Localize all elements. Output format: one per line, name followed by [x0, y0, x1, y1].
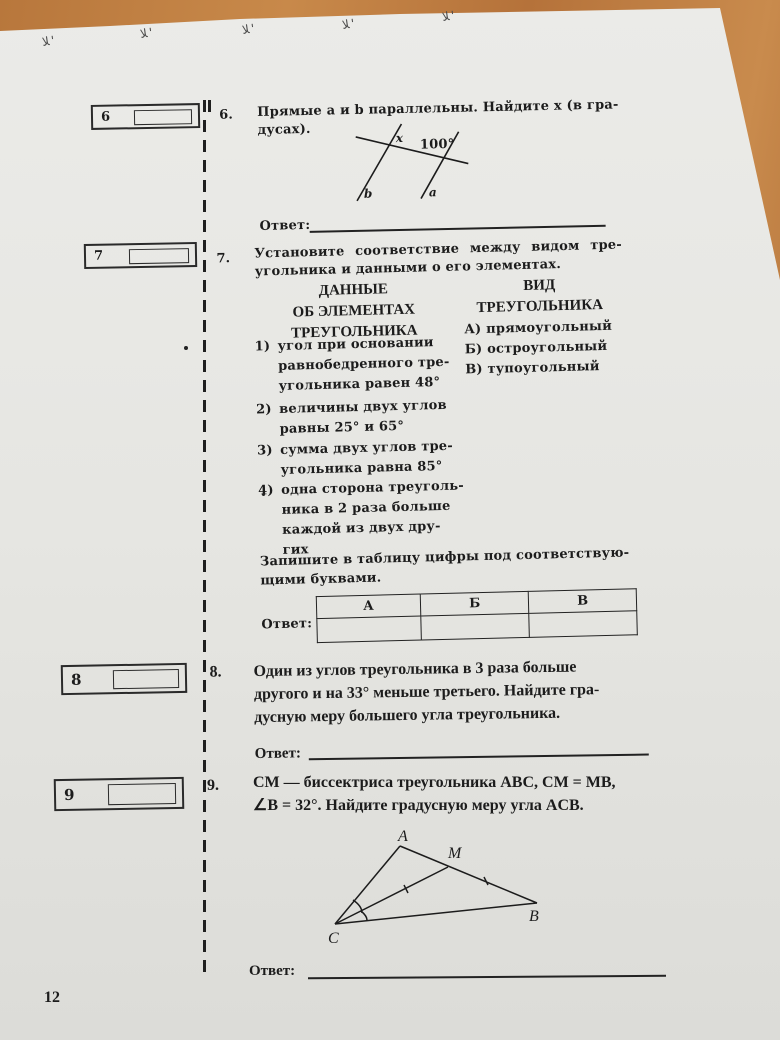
stray-dot [184, 346, 188, 350]
figure-label-a: A [398, 826, 408, 847]
figure-label-c: C [328, 928, 339, 949]
triangle-figure [0, 0, 780, 1040]
answer-label: Ответ: [249, 961, 295, 982]
page-number: 12 [44, 987, 60, 1008]
figure-label-b: B [529, 906, 539, 927]
figure-label-m: M [448, 843, 461, 864]
stray-dot [262, 493, 265, 496]
